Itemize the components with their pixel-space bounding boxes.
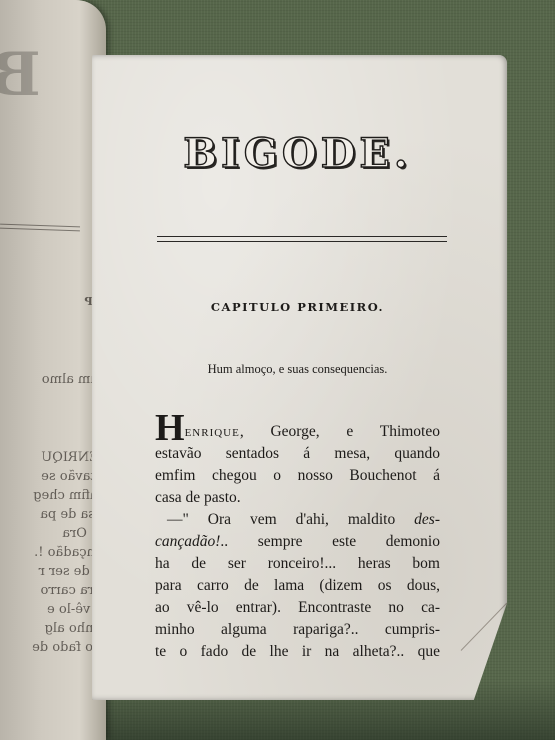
left-page-line: HENRIQU: [0, 448, 106, 467]
left-page-rule: [0, 224, 80, 232]
book-title: BIGODE.: [155, 130, 440, 178]
page-text-block: BIGODE. CAPITULO PRIMEIRO. Hum almoço, e…: [155, 130, 440, 663]
body-line: casa de pasto.: [155, 487, 440, 509]
left-page-ghost-title: B: [0, 40, 41, 110]
body-line: cançadão!.. sempre este demonio: [155, 531, 440, 553]
body-line: —" Ora vem d'ahi, maldito des-: [155, 509, 440, 531]
left-page-chapter-fragment: CAP: [0, 292, 106, 311]
left-page-line: cançadão !.: [0, 543, 106, 562]
left-page-line: te o fado de: [0, 638, 106, 657]
left-page-line: para carro: [0, 581, 106, 600]
left-page-line: —" Ora: [0, 524, 106, 543]
body-text: Henrique, George, e Thimoteo estavão sen…: [155, 417, 440, 663]
body-line: emfim chegou o nosso Bouchenot á: [155, 465, 440, 487]
chapter-heading: CAPITULO PRIMEIRO.: [155, 300, 440, 314]
double-rule-divider: [157, 236, 447, 242]
left-page-line: emfim cheg: [0, 486, 106, 505]
body-line: ao vê-lo entrar). Encontraste no ca-: [155, 597, 440, 619]
body-line: ha de ser ronceiro!... heras bom: [155, 553, 440, 575]
left-page-line: ao vê-lo e: [0, 600, 106, 619]
left-page-line: minho alg: [0, 619, 106, 638]
body-line: estavão sentados á mesa, quando: [155, 443, 440, 465]
left-page-line: estavão se: [0, 467, 106, 486]
left-page-line: ha de ser r: [0, 562, 106, 581]
body-line: Henrique, George, e Thimoteo: [155, 417, 440, 443]
left-page-line: Hum almo: [0, 370, 106, 389]
left-page-curled: B CAP Hum almo HENRIQU estavão se emfim …: [0, 0, 106, 740]
body-line: para carro de lama (dizem os dous,: [155, 575, 440, 597]
body-line: te o fado de lhe ir na alheta?.. que: [155, 641, 440, 663]
chapter-subtitle: Hum almoço, e suas consequencias.: [155, 362, 440, 377]
body-line: minho alguma rapariga?.. cumpris-: [155, 619, 440, 641]
left-page-line: casa de pa: [0, 505, 106, 524]
